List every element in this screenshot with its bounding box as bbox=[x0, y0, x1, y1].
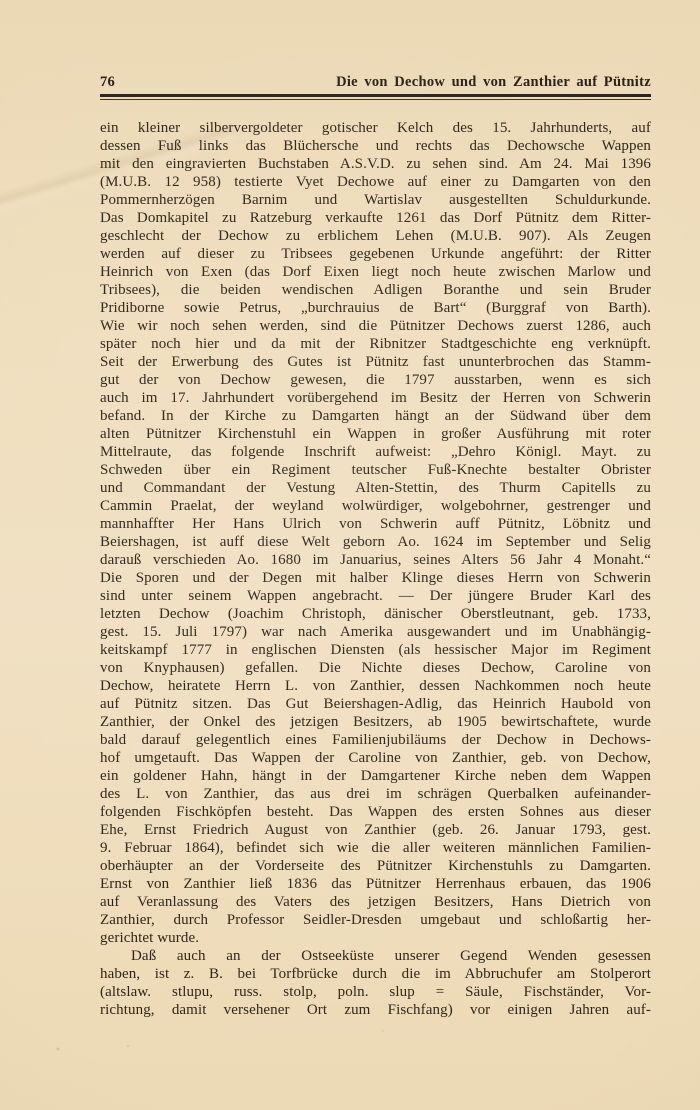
header-rule-thin bbox=[100, 99, 651, 100]
running-head-title: Die von Dechow und von Zanthier auf Pütn… bbox=[336, 74, 651, 91]
book-page: 76 Die von Dechow und von Zanthier auf P… bbox=[0, 0, 700, 1110]
text-line: ein goldener Hahn, hängt in der Damgarte… bbox=[100, 767, 651, 785]
paragraph: Daß auch an der Ostseeküste unserer Gege… bbox=[100, 947, 651, 1019]
page-header: 76 Die von Dechow und von Zanthier auf P… bbox=[100, 74, 651, 100]
paragraph: ein kleiner silbervergoldeter gotischer … bbox=[100, 119, 651, 947]
text-line: Heinrich von Exen (das Dorf Eixen liegt … bbox=[100, 263, 651, 281]
text-line: Beiershagen, ist auff diese Welt geborn … bbox=[100, 533, 651, 551]
text-line: Pridiborne sowie Petrus, „burchrauius de… bbox=[100, 299, 651, 317]
text-line: 9. Februar 1864), befindet sich wie die … bbox=[100, 839, 651, 857]
text-line: Ernst von Zanthier ließ 1836 das Pütnitz… bbox=[100, 875, 651, 893]
text-line: und Commandant der Vestung Alten-Stettin… bbox=[100, 479, 651, 497]
text-line: Seit der Erwerbung des Gutes ist Pütnitz… bbox=[100, 353, 651, 371]
text-line: Mittelraute, das folgende Inschrift aufw… bbox=[100, 443, 651, 461]
text-line: alten Pütnitzer Kirchenstuhl ein Wappen … bbox=[100, 425, 651, 443]
text-line: ein kleiner silbervergoldeter gotischer … bbox=[100, 119, 651, 137]
text-line: gut der von Dechow gewesen, die 1797 aus… bbox=[100, 371, 651, 389]
text-line: letzten Dechow (Joachim Christoph, dänis… bbox=[100, 605, 651, 623]
text-line: (M.U.B. 12 958) testierte Vyet Dechowe a… bbox=[100, 173, 651, 191]
text-line: Wie wir noch sehen werden, sind die Pütn… bbox=[100, 317, 651, 335]
page-body: ein kleiner silbervergoldeter gotischer … bbox=[100, 119, 651, 1019]
text-line: Ehe, Ernst Friedrich August von Zanthier… bbox=[100, 821, 651, 839]
header-rule-thick bbox=[100, 94, 651, 97]
text-line: Tribsees), die beiden wendischen Adligen… bbox=[100, 281, 651, 299]
text-line: gest. 15. Juli 1797) war nach Amerika au… bbox=[100, 623, 651, 641]
text-line: richtung, damit versehener Ort zum Fisch… bbox=[100, 1001, 651, 1019]
text-line: dessen Fuß links das Blüchersche und rec… bbox=[100, 137, 651, 155]
text-line: auf Pütnitz sitzen. Das Gut Beiershagen-… bbox=[100, 695, 651, 713]
text-line: bald darauf gelegentlich eines Familienj… bbox=[100, 731, 651, 749]
text-line: von Knyphausen) gefallen. Die Nichte die… bbox=[100, 659, 651, 677]
text-line: des L. von Zanthier, das aus drei im sch… bbox=[100, 785, 651, 803]
text-line: (altslaw. stlupu, russ. stolp, poln. slu… bbox=[100, 983, 651, 1001]
text-line: geschlecht der Dechow zu erblichem Lehen… bbox=[100, 227, 651, 245]
text-line: werden auf dieser zu Tribsees gegebenen … bbox=[100, 245, 651, 263]
text-line: befand. In der Kirche zu Damgarten hängt… bbox=[100, 407, 651, 425]
text-line: auf Veranlassung des Vaters des jetzigen… bbox=[100, 893, 651, 911]
text-line: Zanthier, der Onkel des jetzigen Besitze… bbox=[100, 713, 651, 731]
text-line: oberhäupter an der Vorderseite des Pütni… bbox=[100, 857, 651, 875]
text-line: folgenden Fischköpfen besteht. Das Wappe… bbox=[100, 803, 651, 821]
text-line: mit den eingravierten Buchstaben A.S.V.D… bbox=[100, 155, 651, 173]
text-line: haben, ist z. B. bei Torfbrücke durch di… bbox=[100, 965, 651, 983]
text-line: auch im 17. Jahrhundert vorübergehend im… bbox=[100, 389, 651, 407]
text-line: Schweden über ein Regiment teutscher Fuß… bbox=[100, 461, 651, 479]
text-line: gerichtet wurde. bbox=[100, 929, 651, 947]
text-line: später noch hier und da mit der Ribnitze… bbox=[100, 335, 651, 353]
text-line: Dechow, heiratete Herrn L. von Zanthier,… bbox=[100, 677, 651, 695]
text-line: darauß verschieden Ao. 1680 im Januarius… bbox=[100, 551, 651, 569]
text-line: keitskampf 1777 in englischen Diensten (… bbox=[100, 641, 651, 659]
text-line: sind unter seinem Wappen angebracht. — D… bbox=[100, 587, 651, 605]
text-line: Cammin Praelat, der weyland wolwürdiger,… bbox=[100, 497, 651, 515]
text-line: Pommernherzögen Barnim und Wartislav aus… bbox=[100, 191, 651, 209]
page-number: 76 bbox=[100, 74, 115, 91]
text-line: mannhaffter Her Hans Ulrich von Schwerin… bbox=[100, 515, 651, 533]
text-line: Die Sporen und der Degen mit halber Klin… bbox=[100, 569, 651, 587]
text-line: Zanthier, durch Professor Seidler-Dresde… bbox=[100, 911, 651, 929]
text-line: hof umgetauft. Das Wappen der Caroline v… bbox=[100, 749, 651, 767]
text-line: Das Domkapitel zu Ratzeburg verkaufte 12… bbox=[100, 209, 651, 227]
text-line: Daß auch an der Ostseeküste unserer Gege… bbox=[100, 947, 651, 965]
